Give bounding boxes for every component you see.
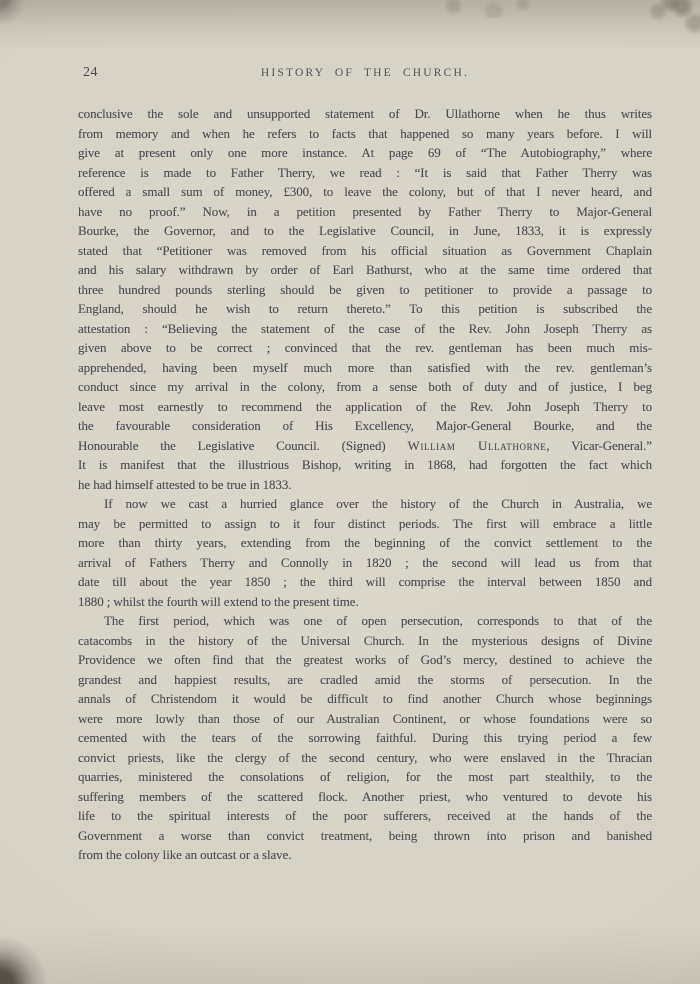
text-line: given above to be correct ; convinced th… [78,338,652,358]
text-line: date till about the year 1850 ; the thir… [78,572,652,592]
body-text: conclusive the sole and unsupported stat… [78,104,652,865]
text-line: and his salary withdrawn by order of Ear… [78,260,652,280]
scan-edge-shadow-bottom [0,924,700,984]
page-header: 24 HISTORY OF THE CHURCH. [78,63,652,85]
text-line: annals of Christendom it would be diffic… [78,689,652,709]
text-line: England, should he wish to return theret… [78,299,652,319]
text-line: leave most earnestly to recommend the ap… [78,397,652,417]
signature-post-text: , Vicar-General.” [546,438,652,453]
paragraph: If now we cast a hurried glance over the… [78,494,652,611]
text-line: The first period, which was one of open … [78,611,652,631]
text-line: have no proof.” Now, in a petition prese… [78,202,652,222]
text-line: were more lowly than those of our Austra… [78,709,652,729]
paragraph: conclusive the sole and unsupported stat… [78,104,652,494]
scan-edge-shadow-top [0,0,700,48]
text-line: grandest and happiest results, are cradl… [78,670,652,690]
text-line: cemented with the tears of the sorrowing… [78,728,652,748]
signature-pre-text: Honourable the Legislative Council. (Sig… [78,438,407,453]
text-line: life to the spiritual interests of the p… [78,806,652,826]
text-line: conclusive the sole and unsupported stat… [78,104,652,124]
scan-speckles-top-right [600,0,700,52]
scan-corner-shadow-bottom-left [0,914,80,984]
text-line: arrival of Fathers Therry and Connolly i… [78,553,652,573]
text-line: three hundred pounds sterling should be … [78,280,652,300]
text-line: the favourable consideration of His Exce… [78,416,652,436]
scan-corner-smudge-top-left [0,0,40,34]
text-line: It is manifest that the illustrious Bish… [78,455,652,475]
text-line: offered a small sum of money, £300, to l… [78,182,652,202]
text-line: he had himself attested to be true in 18… [78,475,652,495]
text-line: conduct since my arrival in the colony, … [78,377,652,397]
text-line: more than thirty years, extending from t… [78,533,652,553]
text-line: from memory and when he refers to facts … [78,124,652,144]
text-line: quarries, ministered the consolations of… [78,767,652,787]
text-line: stated that “Petitioner was removed from… [78,241,652,261]
scan-speckles-top-center [425,0,540,18]
text-line: may be permitted to assign to it four di… [78,514,652,534]
paragraph: The first period, which was one of open … [78,611,652,865]
text-line: 1880 ; whilst the fourth will extend to … [78,592,652,612]
text-line: Bourke, the Governor, and to the Legisla… [78,221,652,241]
text-line: attestation : “Believing the statement o… [78,319,652,339]
scanned-book-page: 24 HISTORY OF THE CHURCH. conclusive the… [0,0,700,984]
signature-name: William Ullathorne [407,438,546,453]
text-line: Providence we often find that the greate… [78,650,652,670]
text-line: convict priests, like the clergy of the … [78,748,652,768]
text-line: suffering members of the scattered flock… [78,787,652,807]
text-line: catacombs in the history of the Universa… [78,631,652,651]
text-line: Government a worse than convict treatmen… [78,826,652,846]
running-title: HISTORY OF THE CHURCH. [78,67,652,79]
text-line: give at present only one more instance. … [78,143,652,163]
text-line: If now we cast a hurried glance over the… [78,494,652,514]
text-line: from the colony like an outcast or a sla… [78,845,652,865]
text-line: apprehended, having been myself much mor… [78,358,652,378]
text-line: reference is made to Father Therry, we r… [78,163,652,183]
text-line-signature: Honourable the Legislative Council. (Sig… [78,436,652,456]
